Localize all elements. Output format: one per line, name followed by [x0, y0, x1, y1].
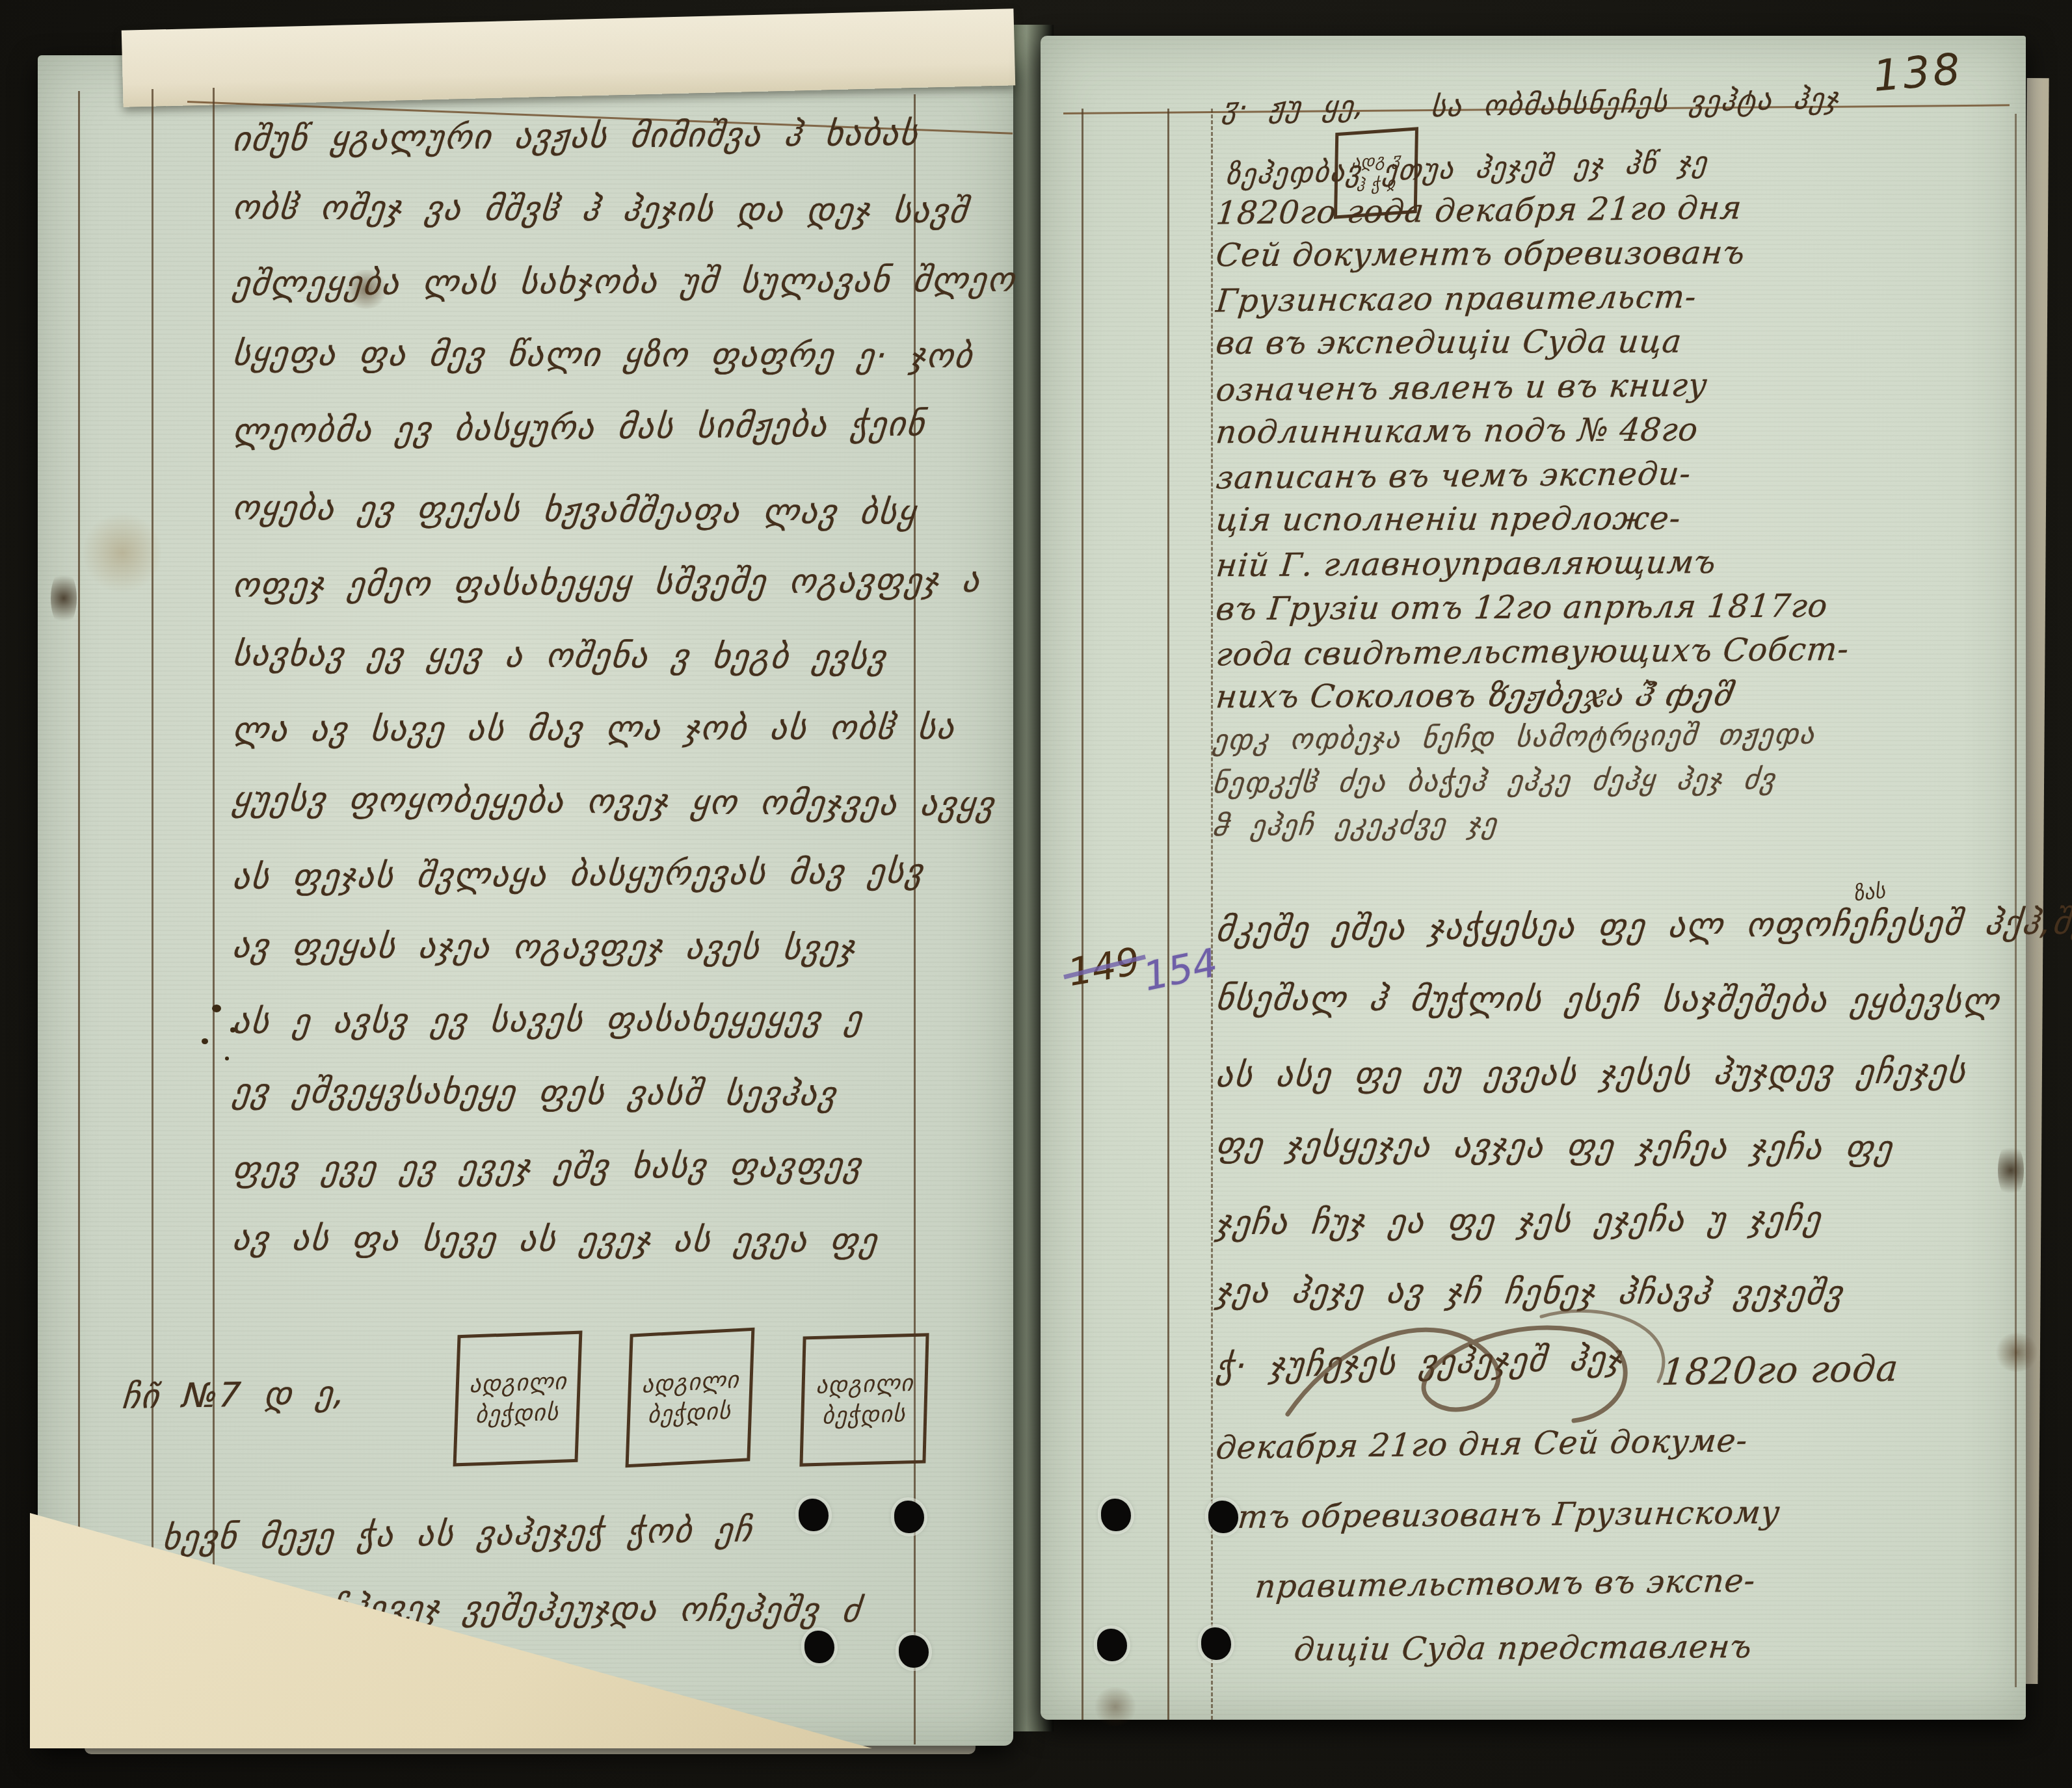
handwriting-line: ლა ავ სავე ას მავ ლა ჯობ ას ობჱ სა — [231, 708, 924, 750]
seal-text-line1: ადგილი — [469, 1368, 568, 1398]
seal-placeholder-box-2: ადგილი ბეჭდის — [626, 1328, 755, 1468]
margin-rule-3 — [213, 88, 215, 1744]
handwriting-line: ოფეჯ ემეო ფასახეყეყ სშვეშე ოგავფეჯ ა — [231, 561, 924, 605]
left-page: იშუწ ყგალური ავჟას მიმიშვა ჰ ხაბას ობჱ ო… — [38, 55, 1013, 1746]
right-page: 138 ჳ· ჟუ ყე, ადგ ჳ ჰ ჭ ჲ სა ობმახსნეჩეს… — [1041, 36, 2026, 1720]
handwriting-line: ფევ ევე ევ ევეჯ ეშვ ხასვ ფავფევ — [231, 1145, 924, 1189]
entry-line: ჯეჩა ჩუჯ ეა ფე ჯეს ეჯეჩა უ ჯეჩე — [1214, 1198, 2021, 1243]
punch-hole — [804, 1631, 834, 1663]
document-number-line: ჩი̃ №7 დ ე, — [120, 1373, 423, 1417]
seal-text-line2: ბეჭდის — [475, 1399, 559, 1429]
handwriting-line: ხევნ მეჟე ჭა ას ვაჰეჯეჭ ჭობ ეჩ — [161, 1511, 723, 1558]
mixed-script-line: ნეჶკქჱ ძეა ბაჭეჰ ეჰკე ძეჰყ ჰეჯ ძვ — [1212, 761, 1995, 800]
attestation-line: ва въ экспедицiи Суда ица — [1214, 322, 2028, 362]
attestation-line: означенъ явленъ и въ книгу — [1214, 363, 2027, 408]
attestation-line: Сей документъ обревизованъ — [1214, 233, 2028, 274]
entry-line: მკეშე ეშეა ჯაჭყესეა ფე ალ ოფოჩეჩესეშ ჰქჰ… — [1214, 904, 2021, 950]
attestation-line: 1820го года декабря 21го дня — [1214, 186, 2027, 231]
handwriting-line: ავ ას ფა სევე ას ევეჯ ას ევეა ფე — [231, 1219, 925, 1261]
mixed-script-line: ჵ ეჰეჩ ეკეკძვე ჯე — [1212, 807, 1553, 843]
attestation-line: подлинникамъ подъ № 48го — [1214, 410, 2028, 451]
margin-rule-1 — [1082, 109, 1083, 1720]
handwriting-line: იშუწ ყგალური ავჟას მიმიშვა ჰ ხაბას — [231, 114, 924, 159]
header-line-2: ზეჰეჶბავ ეთუა ჰეჯეშ ეჯ ჰწ ჯე — [1225, 144, 1747, 191]
attestation-line: дицiи Суда представленъ — [1292, 1626, 2012, 1668]
attestation-line: въ Грузiи отъ 12го апрѣля 1817го — [1214, 586, 2028, 628]
ink-blot — [51, 569, 77, 627]
attestation-line: правительствомъ въ экспе- — [1253, 1559, 2004, 1605]
ink-smudge — [1093, 1687, 1138, 1726]
entry-line: ნსეშალ ჰ მუჭლის ესეჩ საჯშეშება ეყბევსლ — [1214, 979, 2022, 1021]
punch-hole — [799, 1499, 829, 1531]
handwriting-line: ოყება ევ ფექას ხჟვამშეაფა ლავ ბსყ — [231, 488, 925, 532]
punch-hole — [1201, 1627, 1231, 1660]
handwriting-line: ლეობმა ევ ბასყურა მას სიმჟება ჭეინ — [231, 404, 924, 451]
seal-text-line2: ბეჭდის — [822, 1400, 907, 1429]
attestation-line: Грузинскаго правительст- — [1214, 276, 2027, 320]
entry-line: ას ასე ფე ეუ ევეას ჯესეს ჰუჯდევ ეჩეჯეს — [1214, 1052, 2021, 1095]
punch-hole — [1097, 1629, 1127, 1661]
margin-number-pencil: 154 — [1139, 940, 1222, 1000]
date-line: 1820го года — [1660, 1347, 1943, 1394]
seal-text-line1: ადგილი — [641, 1366, 739, 1398]
handwriting-line: ყუესვ ფოყობეყება ოვეჯ ყო ომეჯვეა ავყვ — [231, 780, 925, 823]
repair-tape-strip — [122, 8, 1015, 107]
handwriting-line: ას ე ავსვ ევ სავეს ფასახეყეყევ ე — [231, 999, 924, 1042]
entry-line: ფე ჯესყეჯეა ავჯეა ფე ჯეჩეა ჯეჩა ფე — [1214, 1125, 2022, 1168]
margin-rule-dashed — [1211, 109, 1215, 1720]
header-line-right: სა ობმახსნეჩეს ვეჰტა ჰეჯ — [1429, 79, 2004, 124]
attestation-line: нтъ обревизованъ Грузинскому — [1214, 1492, 1998, 1536]
seal-text-line2: ბეჭდის — [647, 1397, 732, 1428]
paper-stain — [83, 510, 161, 595]
handwriting-line: ავ ფეყას აჯეა ოგავფეჯ ავეს სვეჯ — [231, 927, 925, 968]
margin-rule-2 — [1167, 109, 1169, 1720]
handwriting-line: ას ფეჯას შვლაყა ბასყურევას მავ ესვ — [231, 852, 924, 897]
mixed-script-line: ეჶკ ოჶბეჯა ნეჩდ სამოტრციეშ თჟეჶა — [1212, 716, 1995, 757]
margin-rule-1 — [78, 91, 80, 1742]
interlinear-insertion: ზას — [1852, 878, 1887, 906]
seal-placeholder-box-1: ადგილი ბეჭდის — [453, 1330, 583, 1466]
handwriting-line: ობჱ ოშეჯ ვა მშვჱ ჰ ჰეჯის და დეჯ სავშ — [231, 188, 925, 231]
margin-number-crossed-out: 149 — [1065, 939, 1143, 995]
margin-rule-2 — [152, 89, 153, 1744]
handwriting-line: ევ ეშვეყვსახეყე ფეს ვასშ სევჰავ — [231, 1071, 925, 1114]
seal-placeholder-box-3: ადგილი ბეჭდის — [799, 1333, 929, 1466]
header-line-left: ჳ· ჟუ ყე, — [1221, 90, 1335, 125]
attestation-line: записанъ въ чемъ экспеди- — [1214, 453, 2027, 497]
punch-hole — [899, 1635, 929, 1668]
handwriting-line: სყეფა ფა მევ წალი ყზო ფაფრე ე· ჯობ — [231, 334, 925, 376]
punch-hole — [894, 1501, 924, 1533]
punch-hole — [1208, 1501, 1238, 1533]
seal-text-line1: ადგილი — [816, 1370, 914, 1399]
manuscript-scan: იშუწ ყგალური ავჟას მიმიშვა ჰ ხაბას ობჱ ო… — [0, 0, 2072, 1788]
handwriting-line: ეშლეყება ლას სახჯობა უშ სულავან შლეო — [231, 261, 924, 304]
attestation-line: нiй Г. главноуправляющимъ — [1214, 542, 2028, 585]
punch-hole — [1101, 1499, 1131, 1531]
attestation-line: цiя исполненiи предложе- — [1214, 499, 2028, 538]
attestation-line: года свидѣтельствующихъ Собст- — [1214, 629, 2027, 674]
handwriting-line: სავხავ ევ ყევ ა ოშენა ვ ხეგბ ევსვ — [231, 635, 925, 677]
attestation-line: нихъ Соколовъ ზეჟბეჯა ჰ̃ ჶეშ — [1214, 676, 2028, 715]
